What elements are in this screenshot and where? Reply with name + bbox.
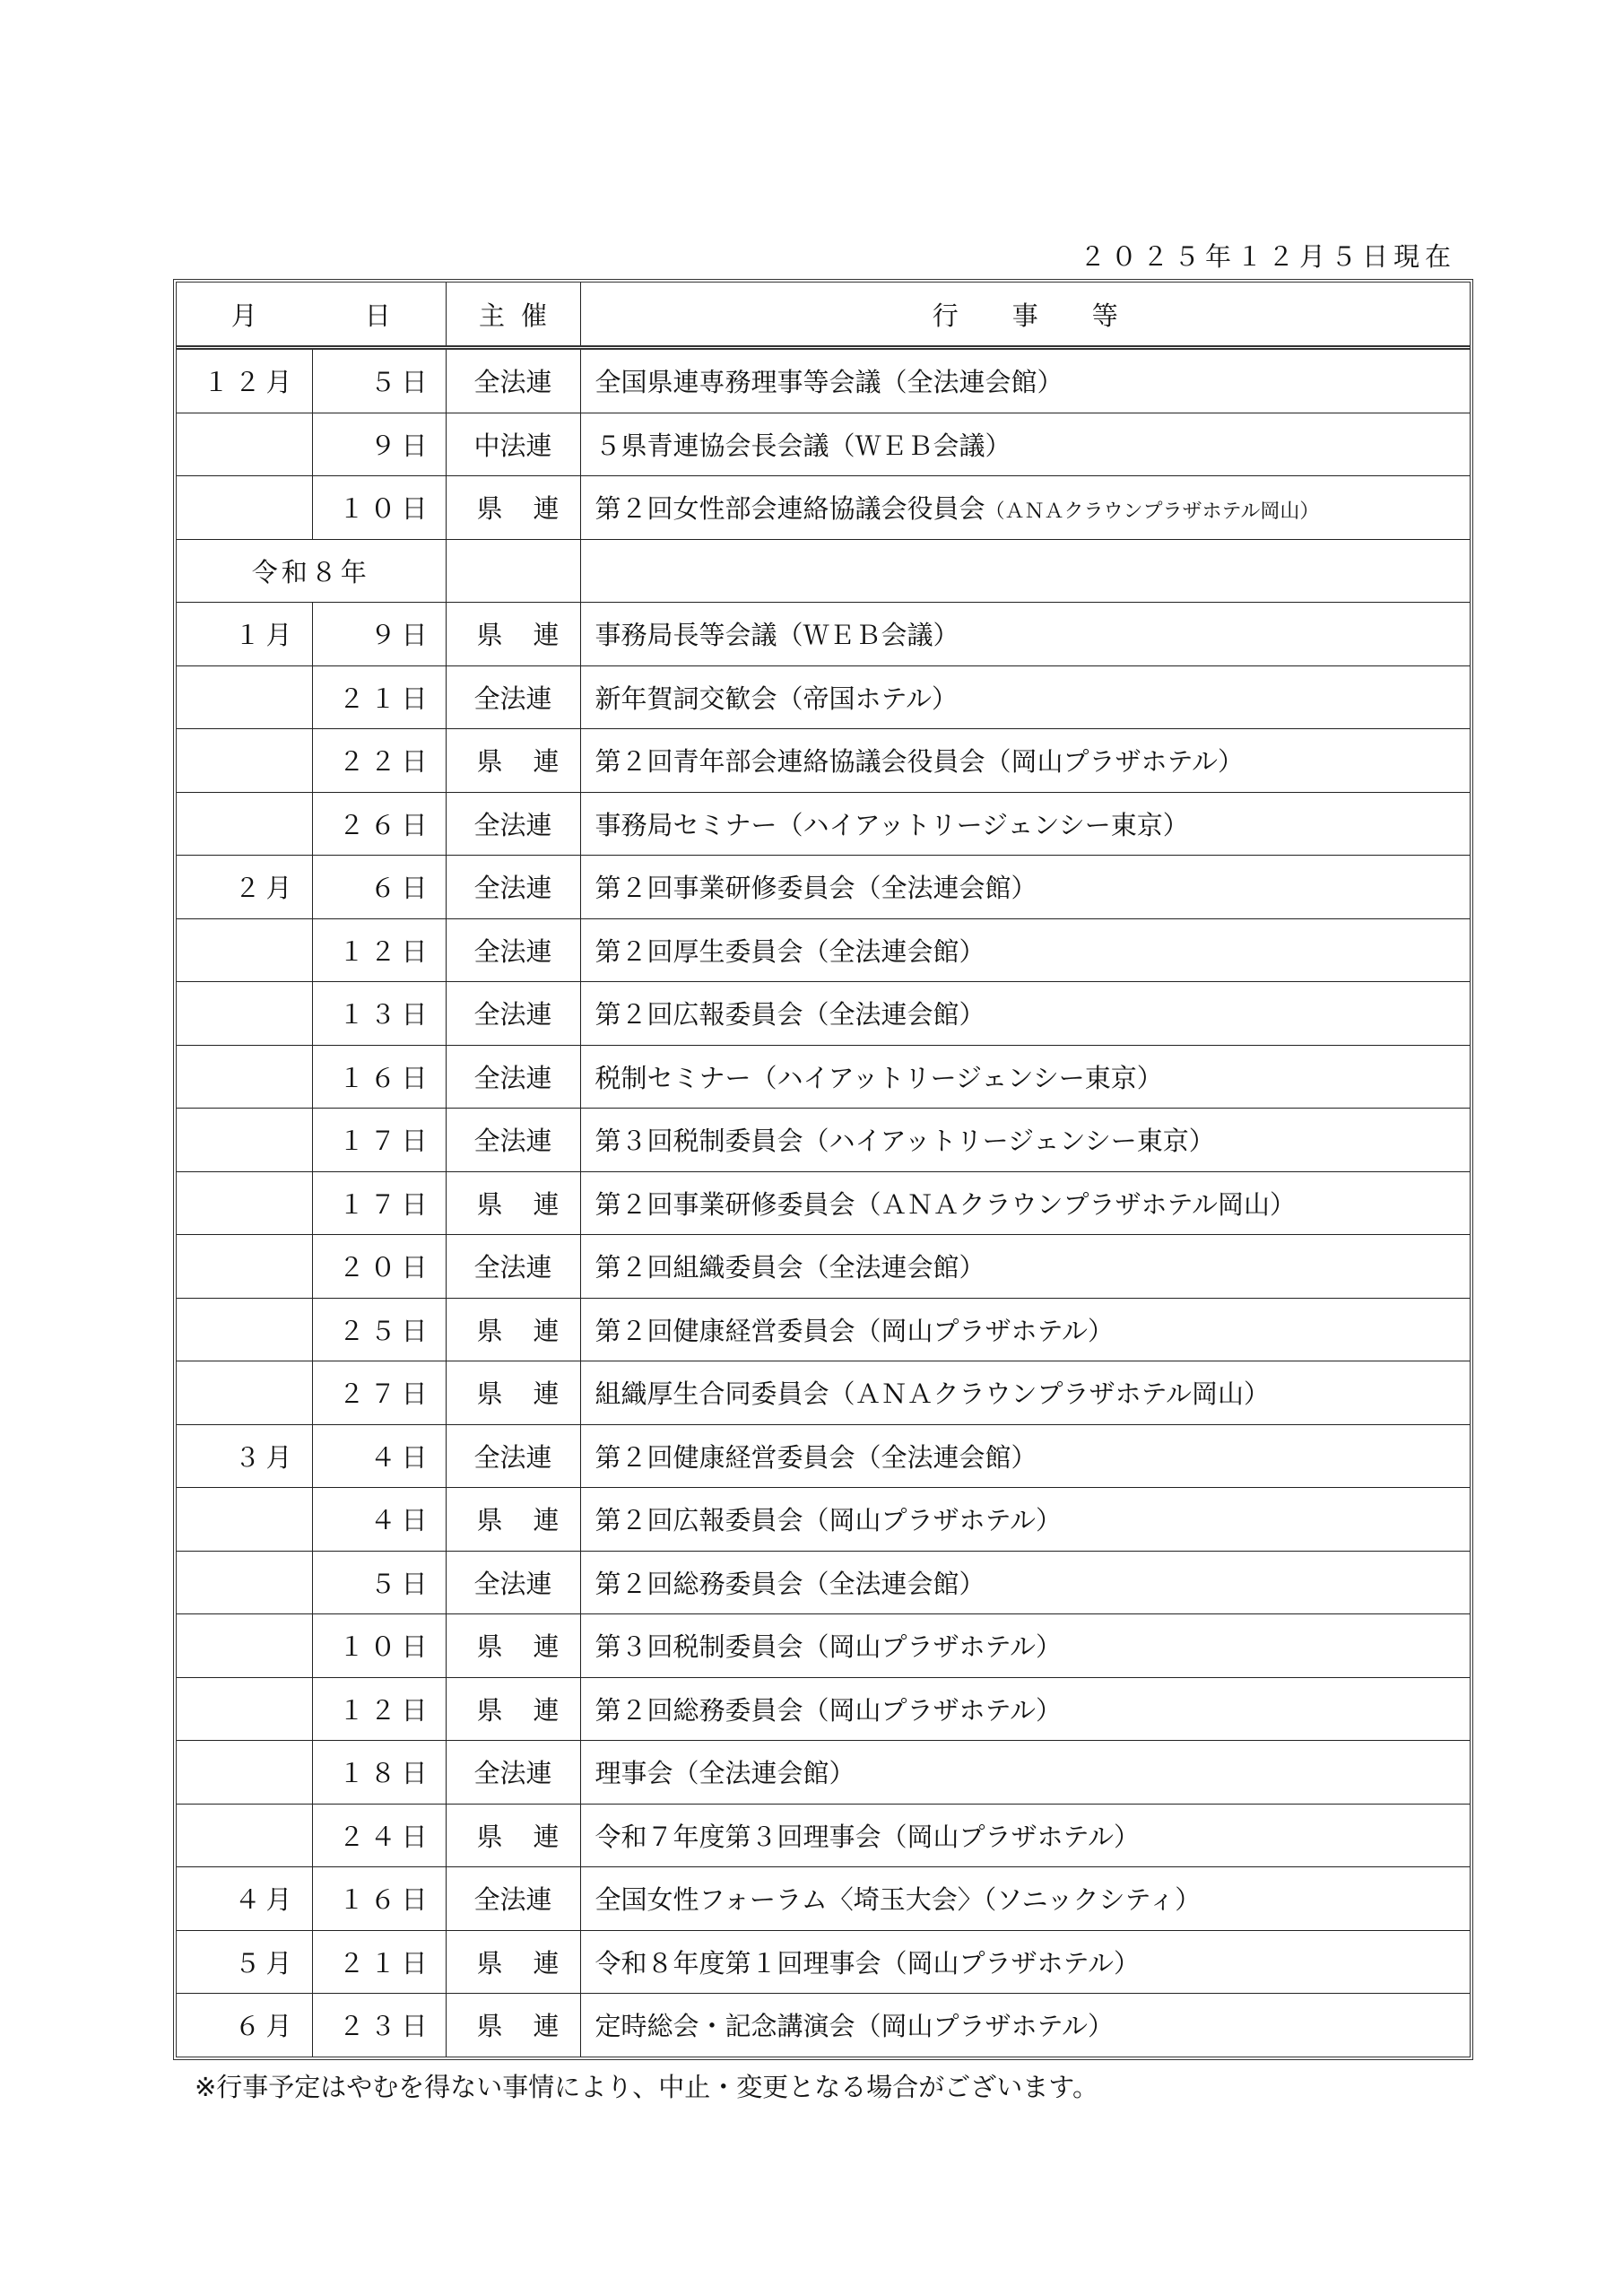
month-cell [177, 1045, 312, 1109]
month-cell [177, 1361, 312, 1425]
day-cell: ２０日 [312, 1235, 446, 1299]
host-cell: 県連 [446, 1614, 580, 1678]
host-cell: 全法連 [446, 348, 580, 413]
table-row: １０日県連第２回女性部会連絡協議会役員会（ＡＮＡクラウンプラザホテル岡山） [177, 476, 1470, 540]
table-row: １３日全法連第２回広報委員会（全法連会館） [177, 982, 1470, 1046]
table-row: ４日県連第２回広報委員会（岡山プラザホテル） [177, 1488, 1470, 1552]
event-title: 第２回総務委員会（全法連会館） [595, 1569, 985, 1599]
event-title: 第２回広報委員会（全法連会館） [595, 999, 985, 1030]
month-cell [177, 1235, 312, 1299]
event-title: 令和８年度第１回理事会（岡山プラザホテル） [595, 1948, 1141, 1979]
event-cell: 第３回税制委員会（岡山プラザホテル） [580, 1614, 1470, 1678]
event-title: 第２回事業研修委員会（全法連会館） [595, 873, 1037, 903]
event-cell: 第２回厚生委員会（全法連会館） [580, 918, 1470, 982]
host-cell: 全法連 [446, 982, 580, 1046]
event-cell: 事務局セミナー（ハイアットリージェンシー東京） [580, 792, 1470, 856]
event-title: 第２回健康経営委員会（岡山プラザホテル） [595, 1316, 1115, 1346]
event-title: ５県青連協会長会議（ＷＥＢ会議） [595, 430, 1011, 461]
day-cell: ４日 [312, 1424, 446, 1488]
event-title: 事務局セミナー（ハイアットリージェンシー東京） [595, 810, 1189, 840]
table-row: １２月５日全法連全国県連専務理事等会議（全法連会館） [177, 348, 1470, 413]
table-row: ４月１６日全法連全国女性フォーラム〈埼玉大会〉（ソニックシティ） [177, 1867, 1470, 1931]
event-cell: 第２回広報委員会（全法連会館） [580, 982, 1470, 1046]
event-title: 第３回税制委員会（ハイアットリージェンシー東京） [595, 1126, 1215, 1156]
day-cell: ５日 [312, 348, 446, 413]
event-title: 事務局長等会議（ＷＥＢ会議） [595, 620, 959, 650]
host-cell: 全法連 [446, 1109, 580, 1172]
day-cell: １７日 [312, 1109, 446, 1172]
header-month: 月 [231, 296, 257, 333]
host-cell: 全法連 [446, 665, 580, 729]
host-cell: 県連 [446, 603, 580, 666]
event-title: 理事会（全法連会館） [595, 1758, 855, 1788]
table-row: １６日全法連税制セミナー（ハイアットリージェンシー東京） [177, 1045, 1470, 1109]
day-cell: ２１日 [312, 665, 446, 729]
event-cell: ５県青連協会長会議（ＷＥＢ会議） [580, 413, 1470, 476]
event-cell: 第２回総務委員会（全法連会館） [580, 1551, 1470, 1614]
event-cell: 新年賀詞交歓会（帝国ホテル） [580, 665, 1470, 729]
host-cell: 全法連 [446, 1741, 580, 1805]
month-cell [177, 1741, 312, 1805]
host-cell: 県連 [446, 1488, 580, 1552]
month-cell [177, 729, 312, 793]
host-cell: 全法連 [446, 1867, 580, 1931]
event-cell: 第２回事業研修委員会（ＡＮＡクラウンプラザホテル岡山） [580, 1171, 1470, 1235]
day-cell: １２日 [312, 918, 446, 982]
event-title: 定時総会・記念講演会（岡山プラザホテル） [595, 2011, 1115, 2041]
event-cell: 令和８年度第１回理事会（岡山プラザホテル） [580, 1930, 1470, 1994]
table-row: １８日全法連理事会（全法連会館） [177, 1741, 1470, 1805]
event-cell: 定時総会・記念講演会（岡山プラザホテル） [580, 1994, 1470, 2057]
event-cell: 第２回健康経営委員会（岡山プラザホテル） [580, 1298, 1470, 1361]
host-cell: 県連 [446, 476, 580, 540]
day-cell: ６日 [312, 856, 446, 919]
month-cell [177, 413, 312, 476]
day-cell: １３日 [312, 982, 446, 1046]
month-cell [177, 1171, 312, 1235]
host-cell: 県連 [446, 1994, 580, 2057]
month-cell: ５月 [177, 1930, 312, 1994]
event-cell: 第２回女性部会連絡協議会役員会（ＡＮＡクラウンプラザホテル岡山） [580, 476, 1470, 540]
table-row: ２２日県連第２回青年部会連絡協議会役員会（岡山プラザホテル） [177, 729, 1470, 793]
day-cell: ２５日 [312, 1298, 446, 1361]
event-title: 第２回組織委員会（全法連会館） [595, 1252, 985, 1283]
table-row: ２７日県連組織厚生合同委員会（ＡＮＡクラウンプラザホテル岡山） [177, 1361, 1470, 1425]
day-cell: ２７日 [312, 1361, 446, 1425]
day-cell: ２６日 [312, 792, 446, 856]
event-title: 第２回女性部会連絡協議会役員会 [595, 493, 985, 524]
month-cell: ４月 [177, 1867, 312, 1931]
event-cell [580, 539, 1470, 603]
day-cell: １２日 [312, 1677, 446, 1741]
host-cell: 全法連 [446, 1551, 580, 1614]
event-title: 全国県連専務理事等会議（全法連会館） [595, 367, 1063, 397]
event-cell: 第２回健康経営委員会（全法連会館） [580, 1424, 1470, 1488]
table-row: ２０日全法連第２回組織委員会（全法連会館） [177, 1235, 1470, 1299]
day-cell: ２１日 [312, 1930, 446, 1994]
day-cell: １６日 [312, 1045, 446, 1109]
table-header-row: 月日 主催 行事等 [177, 283, 1470, 348]
event-cell: 第２回青年部会連絡協議会役員会（岡山プラザホテル） [580, 729, 1470, 793]
event-venue-note: （ＡＮＡクラウンプラザホテル岡山） [985, 500, 1320, 523]
table-row: ９日中法連５県青連協会長会議（ＷＥＢ会議） [177, 413, 1470, 476]
header-day: 日 [365, 296, 391, 333]
host-cell: 県連 [446, 1804, 580, 1867]
event-cell: 第２回広報委員会（岡山プラザホテル） [580, 1488, 1470, 1552]
event-schedule-table: 月日 主催 行事等 １２月５日全法連全国県連専務理事等会議（全法連会館）９日中法… [173, 279, 1473, 2060]
month-cell [177, 665, 312, 729]
host-cell: 全法連 [446, 856, 580, 919]
event-title: 令和７年度第３回理事会（岡山プラザホテル） [595, 1822, 1141, 1852]
table-row: ５日全法連第２回総務委員会（全法連会館） [177, 1551, 1470, 1614]
table-row: １２日県連第２回総務委員会（岡山プラザホテル） [177, 1677, 1470, 1741]
month-cell: ６月 [177, 1994, 312, 2057]
event-cell: 事務局長等会議（ＷＥＢ会議） [580, 603, 1470, 666]
month-cell [177, 476, 312, 540]
event-title: 新年賀詞交歓会（帝国ホテル） [595, 683, 959, 714]
event-cell: 第２回事業研修委員会（全法連会館） [580, 856, 1470, 919]
event-title: 組織厚生合同委員会（ＡＮＡクラウンプラザホテル岡山） [595, 1378, 1271, 1409]
table-row: ２１日全法連新年賀詞交歓会（帝国ホテル） [177, 665, 1470, 729]
event-title: 第２回総務委員会（岡山プラザホテル） [595, 1695, 1063, 1726]
month-cell [177, 1614, 312, 1678]
host-cell: 県連 [446, 1298, 580, 1361]
event-title: 第２回厚生委員会（全法連会館） [595, 936, 985, 967]
event-cell: 全国女性フォーラム〈埼玉大会〉（ソニックシティ） [580, 1867, 1470, 1931]
month-cell [177, 1488, 312, 1552]
event-title: 第３回税制委員会（岡山プラザホテル） [595, 1631, 1063, 1662]
month-cell [177, 1109, 312, 1172]
day-cell: ２２日 [312, 729, 446, 793]
event-title: 第２回広報委員会（岡山プラザホテル） [595, 1505, 1063, 1535]
table-row: ２月６日全法連第２回事業研修委員会（全法連会館） [177, 856, 1470, 919]
day-cell: ２４日 [312, 1804, 446, 1867]
day-cell: １６日 [312, 1867, 446, 1931]
day-cell: ９日 [312, 413, 446, 476]
host-cell: 県連 [446, 1171, 580, 1235]
footnote: ※行事予定はやむを得ない事情により、中止・変更となる場合がございます。 [195, 2067, 1098, 2104]
table-row: ２６日全法連事務局セミナー（ハイアットリージェンシー東京） [177, 792, 1470, 856]
table-row: １７日県連第２回事業研修委員会（ＡＮＡクラウンプラザホテル岡山） [177, 1171, 1470, 1235]
table-row: ６月２３日県連定時総会・記念講演会（岡山プラザホテル） [177, 1994, 1470, 2057]
day-cell: ２３日 [312, 1994, 446, 2057]
event-cell: 全国県連専務理事等会議（全法連会館） [580, 348, 1470, 413]
table-row: １月９日県連事務局長等会議（ＷＥＢ会議） [177, 603, 1470, 666]
day-cell: ９日 [312, 603, 446, 666]
event-title: 第２回青年部会連絡協議会役員会（岡山プラザホテル） [595, 746, 1245, 777]
event-title: 全国女性フォーラム〈埼玉大会〉（ソニックシティ） [595, 1884, 1202, 1915]
month-cell [177, 1298, 312, 1361]
event-title: 第２回事業研修委員会（ＡＮＡクラウンプラザホテル岡山） [595, 1189, 1297, 1220]
header-host: 主催 [446, 283, 580, 348]
table-row: ２４日県連令和７年度第３回理事会（岡山プラザホテル） [177, 1804, 1470, 1867]
month-cell [177, 1677, 312, 1741]
day-cell: １０日 [312, 1614, 446, 1678]
month-cell: ２月 [177, 856, 312, 919]
day-cell: ４日 [312, 1488, 446, 1552]
month-cell [177, 1804, 312, 1867]
event-cell: 第２回組織委員会（全法連会館） [580, 1235, 1470, 1299]
month-cell [177, 1551, 312, 1614]
event-title: 第２回健康経営委員会（全法連会館） [595, 1442, 1037, 1473]
host-cell: 県連 [446, 1677, 580, 1741]
month-cell: １２月 [177, 348, 312, 413]
host-cell: 中法連 [446, 413, 580, 476]
era-label: 令和８年 [177, 539, 446, 603]
day-cell: １０日 [312, 476, 446, 540]
host-cell [446, 539, 580, 603]
table-row: １０日県連第３回税制委員会（岡山プラザホテル） [177, 1614, 1470, 1678]
event-cell: 理事会（全法連会館） [580, 1741, 1470, 1805]
host-cell: 全法連 [446, 918, 580, 982]
host-cell: 全法連 [446, 792, 580, 856]
host-cell: 県連 [446, 1930, 580, 1994]
day-cell: １７日 [312, 1171, 446, 1235]
as-of-date: ２０２５年１２月５日現在 [1080, 237, 1456, 274]
day-cell: １８日 [312, 1741, 446, 1805]
header-event: 行事等 [580, 283, 1470, 348]
month-cell [177, 792, 312, 856]
host-cell: 全法連 [446, 1235, 580, 1299]
host-cell: 県連 [446, 1361, 580, 1425]
table-row: １２日全法連第２回厚生委員会（全法連会館） [177, 918, 1470, 982]
era-row: 令和８年 [177, 539, 1470, 603]
table-row: ５月２１日県連令和８年度第１回理事会（岡山プラザホテル） [177, 1930, 1470, 1994]
event-cell: 税制セミナー（ハイアットリージェンシー東京） [580, 1045, 1470, 1109]
host-cell: 県連 [446, 729, 580, 793]
month-cell [177, 982, 312, 1046]
table-row: ３月４日全法連第２回健康経営委員会（全法連会館） [177, 1424, 1470, 1488]
month-cell: ３月 [177, 1424, 312, 1488]
day-cell: ５日 [312, 1551, 446, 1614]
header-month-day: 月日 [177, 283, 446, 348]
host-cell: 全法連 [446, 1045, 580, 1109]
event-cell: 第３回税制委員会（ハイアットリージェンシー東京） [580, 1109, 1470, 1172]
host-cell: 全法連 [446, 1424, 580, 1488]
event-cell: 令和７年度第３回理事会（岡山プラザホテル） [580, 1804, 1470, 1867]
month-cell: １月 [177, 603, 312, 666]
event-title: 税制セミナー（ハイアットリージェンシー東京） [595, 1063, 1163, 1093]
event-cell: 組織厚生合同委員会（ＡＮＡクラウンプラザホテル岡山） [580, 1361, 1470, 1425]
event-cell: 第２回総務委員会（岡山プラザホテル） [580, 1677, 1470, 1741]
month-cell [177, 918, 312, 982]
table-row: １７日全法連第３回税制委員会（ハイアットリージェンシー東京） [177, 1109, 1470, 1172]
table-row: ２５日県連第２回健康経営委員会（岡山プラザホテル） [177, 1298, 1470, 1361]
